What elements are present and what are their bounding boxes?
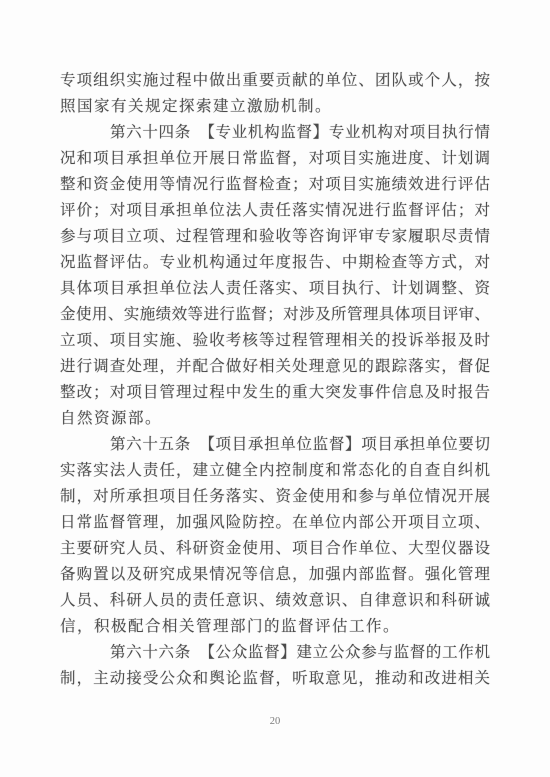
text-line: 制，对所承担项目任务落实、资金使用和参与单位情况开展 xyxy=(60,484,490,510)
text-line: 第六十六条 【公众监督】建立公众参与监督的工作机 xyxy=(60,640,490,666)
text-line: 具体项目承担单位法人责任落实、项目执行、计划调整、资 xyxy=(60,276,490,302)
text-line: 况和项目承担单位开展日常监督，对项目实施进度、计划调 xyxy=(60,146,490,172)
text-line: 人员、科研人员的责任意识、绩效意识、自律意识和科研诚 xyxy=(60,588,490,614)
text-block: 专项组织实施过程中做出重要贡献的单位、团队或个人，按照国家有关规定探索建立激励机… xyxy=(60,68,490,692)
text-line: 整改；对项目管理过程中发生的重大突发事件信息及时报告 xyxy=(60,380,490,406)
document-page: 专项组织实施过程中做出重要贡献的单位、团队或个人，按照国家有关规定探索建立激励机… xyxy=(0,0,550,777)
text-line: 信，积极配合相关管理部门的监督评估工作。 xyxy=(60,614,490,640)
text-line: 评价；对项目承担单位法人责任落实情况进行监督评估；对 xyxy=(60,198,490,224)
text-line: 参与项目立项、过程管理和验收等咨询评审专家履职尽责情 xyxy=(60,224,490,250)
text-line: 自然资源部。 xyxy=(60,406,490,432)
text-line: 备购置以及研究成果情况等信息，加强内部监督。强化管理 xyxy=(60,562,490,588)
text-line: 况监督评估。专业机构通过年度报告、中期检查等方式，对 xyxy=(60,250,490,276)
text-line: 主要研究人员、科研资金使用、项目合作单位、大型仪器设 xyxy=(60,536,490,562)
text-line: 制，主动接受公众和舆论监督，听取意见，推动和改进相关 xyxy=(60,666,490,692)
text-line: 立项、项目实施、验收考核等过程管理相关的投诉举报及时 xyxy=(60,328,490,354)
text-line: 整和资金使用等情况行监督检查；对项目实施绩效进行评估 xyxy=(60,172,490,198)
text-line: 第六十四条 【专业机构监督】专业机构对项目执行情 xyxy=(60,120,490,146)
text-line: 进行调查处理，并配合做好相关处理意见的跟踪落实，督促 xyxy=(60,354,490,380)
text-line: 金使用、实施绩效等进行监督；对涉及所管理具体项目评审、 xyxy=(60,302,490,328)
text-line: 专项组织实施过程中做出重要贡献的单位、团队或个人，按 xyxy=(60,68,490,94)
text-line: 第六十五条 【项目承担单位监督】项目承担单位要切 xyxy=(60,432,490,458)
text-line: 日常监督管理，加强风险防控。在单位内部公开项目立项、 xyxy=(60,510,490,536)
text-line: 照国家有关规定探索建立激励机制。 xyxy=(60,94,490,120)
text-line: 实落实法人责任，建立健全内控制度和常态化的自查自纠机 xyxy=(60,458,490,484)
page-number: 20 xyxy=(0,716,550,727)
